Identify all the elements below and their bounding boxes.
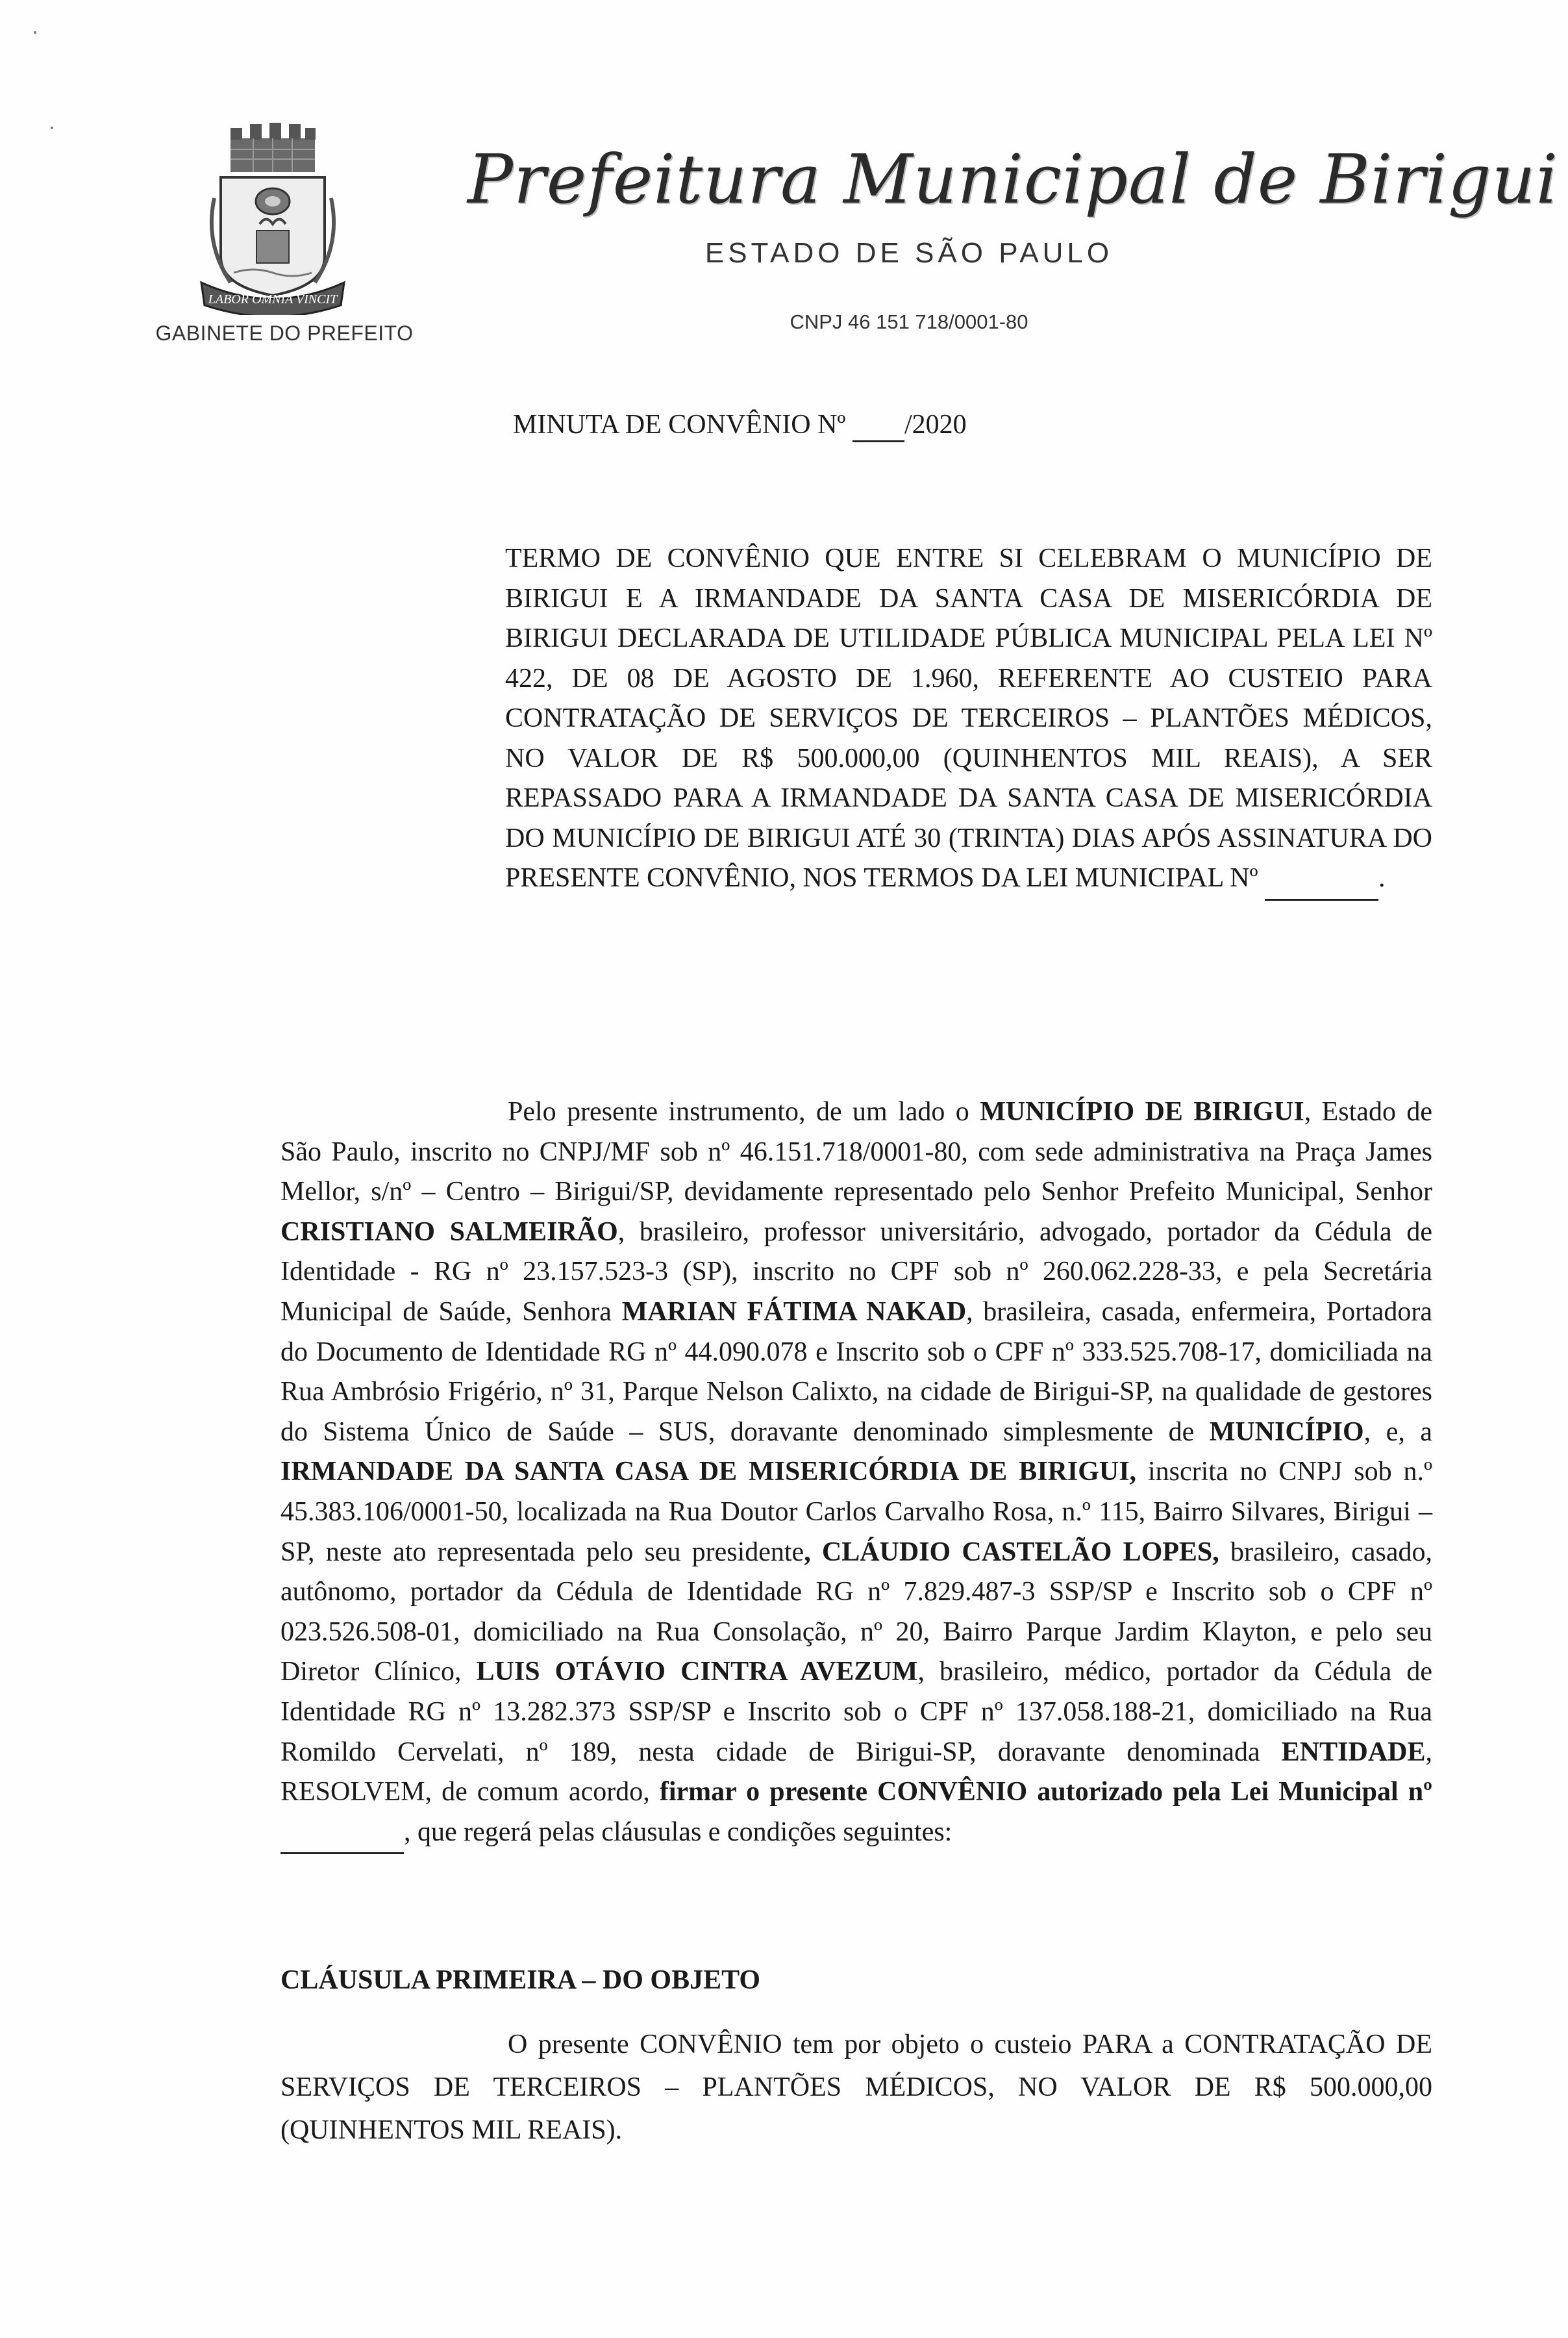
authorization-text: firmar o presente CONVÊNIO autorizado pe… — [660, 1777, 1432, 1807]
heading-suffix: /2020 — [904, 410, 967, 440]
party-name-municipio: MUNICÍPIO DE BIRIGUI — [980, 1097, 1304, 1127]
letterhead-cnpj: CNPJ 46 151 718/0001-80 — [714, 310, 1104, 334]
preamble-paragraph: Pelo presente instrumento, de um lado o … — [280, 1092, 1432, 1854]
party-alias-entidade: ENTIDADE — [1282, 1737, 1426, 1767]
party-name-santa-casa: IRMANDADE DA SANTA CASA DE MISERICÓRDIA … — [280, 1457, 1136, 1487]
letterhead-state: ESTADO DE SÃO PAULO — [584, 237, 1234, 270]
preamble-text: , que regerá pelas cláusulas e condições… — [404, 1817, 952, 1847]
department-label: GABINETE DO PREFEITO — [155, 321, 414, 346]
ementa-paragraph: TERMO DE CONVÊNIO QUE ENTRE SI CELEBRAM … — [505, 539, 1432, 901]
health-secretary-name: MARIAN FÁTIMA NAKAD — [622, 1297, 967, 1327]
document-page: LABOR OMNIA VINCIT GABINETE DO PREFEITO … — [0, 0, 1568, 2338]
clinical-director-name: LUIS OTÁVIO CINTRA AVEZUM — [477, 1657, 918, 1687]
clause-1-title: CLÁUSULA PRIMEIRA – DO OBJETO — [280, 1965, 760, 1996]
clause-1-text: O presente CONVÊNIO tem por objeto o cus… — [280, 2023, 1432, 2152]
preamble-text: , e, a — [1364, 1417, 1432, 1447]
municipal-law-blank — [280, 1813, 404, 1855]
scan-speck — [51, 127, 53, 129]
party-alias-municipio: MUNICÍPIO — [1210, 1417, 1364, 1447]
svg-text:LABOR OMNIA VINCIT: LABOR OMNIA VINCIT — [208, 292, 338, 307]
ementa-text: TERMO DE CONVÊNIO QUE ENTRE SI CELEBRAM … — [505, 544, 1432, 893]
preamble-text: Pelo presente instrumento, de um lado o — [508, 1097, 980, 1127]
ementa-end: . — [1378, 863, 1386, 893]
heading-prefix: MINUTA DE CONVÊNIO Nº — [513, 410, 852, 440]
letterhead-title: Prefeitura Municipal de Birigui — [467, 140, 1415, 219]
scan-speck — [34, 31, 36, 34]
municipal-crest-icon: LABOR OMNIA VINCIT — [195, 120, 351, 315]
heading-number-blank — [852, 409, 904, 442]
president-name: , CLÁUDIO CASTELÃO LOPES, — [804, 1537, 1219, 1567]
document-heading: MINUTA DE CONVÊNIO Nº /2020 — [513, 409, 967, 442]
law-number-blank — [1265, 859, 1378, 901]
mayor-name: CRISTIANO SALMEIRÃO — [280, 1217, 618, 1247]
